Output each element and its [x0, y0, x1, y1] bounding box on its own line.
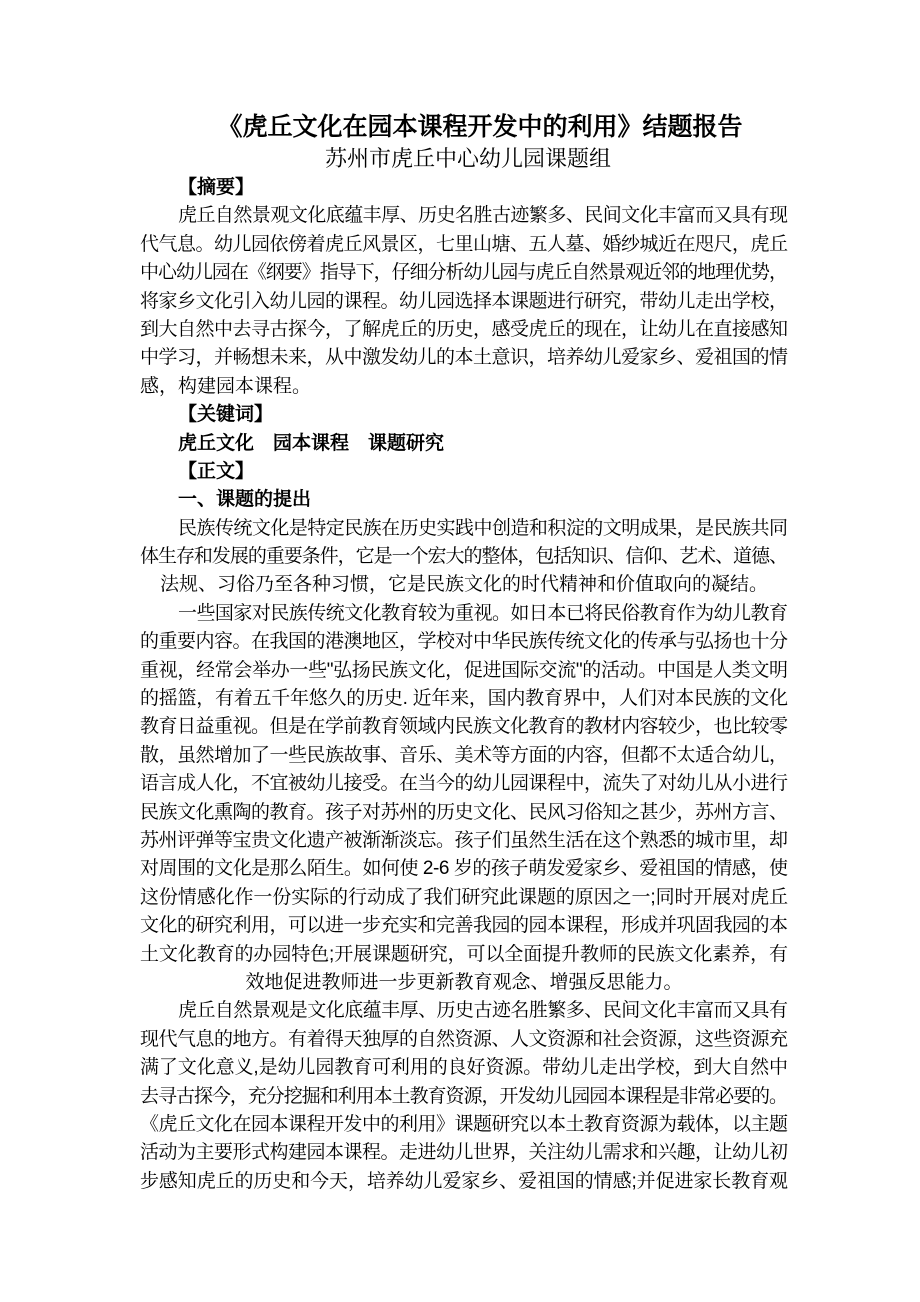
report-subtitle: 苏州市虎丘中心幼儿园课题组	[0, 144, 920, 174]
text-line: 《虎丘文化在园本课程开发中的利用》课题研究以本土教育资源为载体，以主题	[140, 1111, 788, 1139]
text-line: 效地促进教师进一步更新教育观念、增强反思能力。	[140, 969, 788, 997]
text-line: 步感知虎丘的历史和今天，培养幼儿爱家乡、爱祖国的情感;并促进家长教育观	[140, 1168, 788, 1196]
text-line: 散，虽然增加了一些民族故事、音乐、美术等方面的内容，但都不太适合幼儿，	[140, 742, 788, 770]
text-line: 感，构建园本课程。	[140, 373, 788, 401]
document-page: 《虎丘文化在园本课程开发中的利用》结题报告 苏州市虎丘中心幼儿园课题组 【摘要】…	[0, 0, 920, 1302]
document-body: 【摘要】虎丘自然景观文化底蕴丰厚、历史名胜古迹繁多、民间文化丰富而又具有现代气息…	[140, 174, 788, 1196]
text-line: 的摇篮，有着五千年悠久的历史. 近年来，国内教育界中，人们对本民族的文化	[140, 685, 788, 713]
text-line: 【关键词】	[140, 401, 788, 429]
text-line: 体生存和发展的重要条件，它是一个宏大的整体，包括知识、信仰、艺术、道德、	[140, 543, 788, 571]
text-line: 教育日益重视。但是在学前教育领域内民族文化教育的教材内容较少，也比较零	[140, 713, 788, 741]
text-line: 现代气息的地方。有着得天独厚的自然资源、人文资源和社会资源，这些资源充	[140, 1026, 788, 1054]
text-line: 法规、习俗乃至各种习惯，它是民族文化的时代精神和价值取向的凝结。	[140, 571, 788, 599]
report-title: 《虎丘文化在园本课程开发中的利用》结题报告	[0, 0, 920, 144]
text-line: 这份情感化作一份实际的行动成了我们研究此课题的原因之一;同时开展对虎丘	[140, 884, 788, 912]
text-line: 文化的研究利用，可以进一步充实和完善我园的园本课程，形成并巩固我园的本	[140, 912, 788, 940]
text-line: 民族传统文化是特定民族在历史实践中创造和积淀的文明成果，是民族共同	[140, 515, 788, 543]
text-line: 满了文化意义,是幼儿园教育可利用的良好资源。带幼儿走出学校，到大自然中	[140, 1054, 788, 1082]
text-line: 一些国家对民族传统文化教育较为重视。如日本已将民俗教育作为幼儿教育	[140, 600, 788, 628]
text-line: 重视，经常会举办一些"弘扬民族文化，促进国际交流"的活动。中国是人类文明	[140, 657, 788, 685]
text-line: 土文化教育的办园特色;开展课题研究，可以全面提升教师的民族文化素养，有	[140, 941, 788, 969]
text-line: 将家乡文化引入幼儿园的课程。幼儿园选择本课题进行研究，带幼儿走出学校，	[140, 288, 788, 316]
text-line: 对周围的文化是那么陌生。如何使 2-6 岁的孩子萌发爱家乡、爱祖国的情感，使	[140, 855, 788, 883]
text-line: 民族文化熏陶的教育。孩子对苏州的历史文化、民风习俗知之甚少，苏州方言、	[140, 799, 788, 827]
text-line: 到大自然中去寻古探今，了解虎丘的历史，感受虎丘的现在，让幼儿在直接感知	[140, 316, 788, 344]
text-line: 中心幼儿园在《纲要》指导下，仔细分析幼儿园与虎丘自然景观近邻的地理优势，	[140, 259, 788, 287]
text-line: 代气息。幼儿园依傍着虎丘风景区，七里山塘、五人墓、婚纱城近在咫尺，虎丘	[140, 231, 788, 259]
text-line: 虎丘文化 园本课程 课题研究	[140, 430, 788, 458]
text-line: 苏州评弹等宝贵文化遗产被渐渐淡忘。孩子们虽然生活在这个熟悉的城市里，却	[140, 827, 788, 855]
text-line: 虎丘自然景观文化底蕴丰厚、历史名胜古迹繁多、民间文化丰富而又具有现	[140, 202, 788, 230]
text-line: 活动为主要形式构建园本课程。走进幼儿世界，关注幼儿需求和兴趣，让幼儿初	[140, 1139, 788, 1167]
text-line: 去寻古探今，充分挖掘和利用本土教育资源，开发幼儿园园本课程是非常必要的。	[140, 1083, 788, 1111]
text-line: 虎丘自然景观是文化底蕴丰厚、历史古迹名胜繁多、民间文化丰富而又具有	[140, 997, 788, 1025]
text-line: 的重要内容。在我国的港澳地区，学校对中华民族传统文化的传承与弘扬也十分	[140, 628, 788, 656]
text-line: 一、课题的提出	[140, 486, 788, 514]
text-line: 【正文】	[140, 458, 788, 486]
text-line: 语言成人化，不宜被幼儿接受。在当今的幼儿园课程中，流失了对幼儿从小进行	[140, 770, 788, 798]
text-line: 中学习，并畅想未来，从中激发幼儿的本土意识，培养幼儿爱家乡、爱祖国的情	[140, 344, 788, 372]
text-line: 【摘要】	[140, 174, 788, 202]
